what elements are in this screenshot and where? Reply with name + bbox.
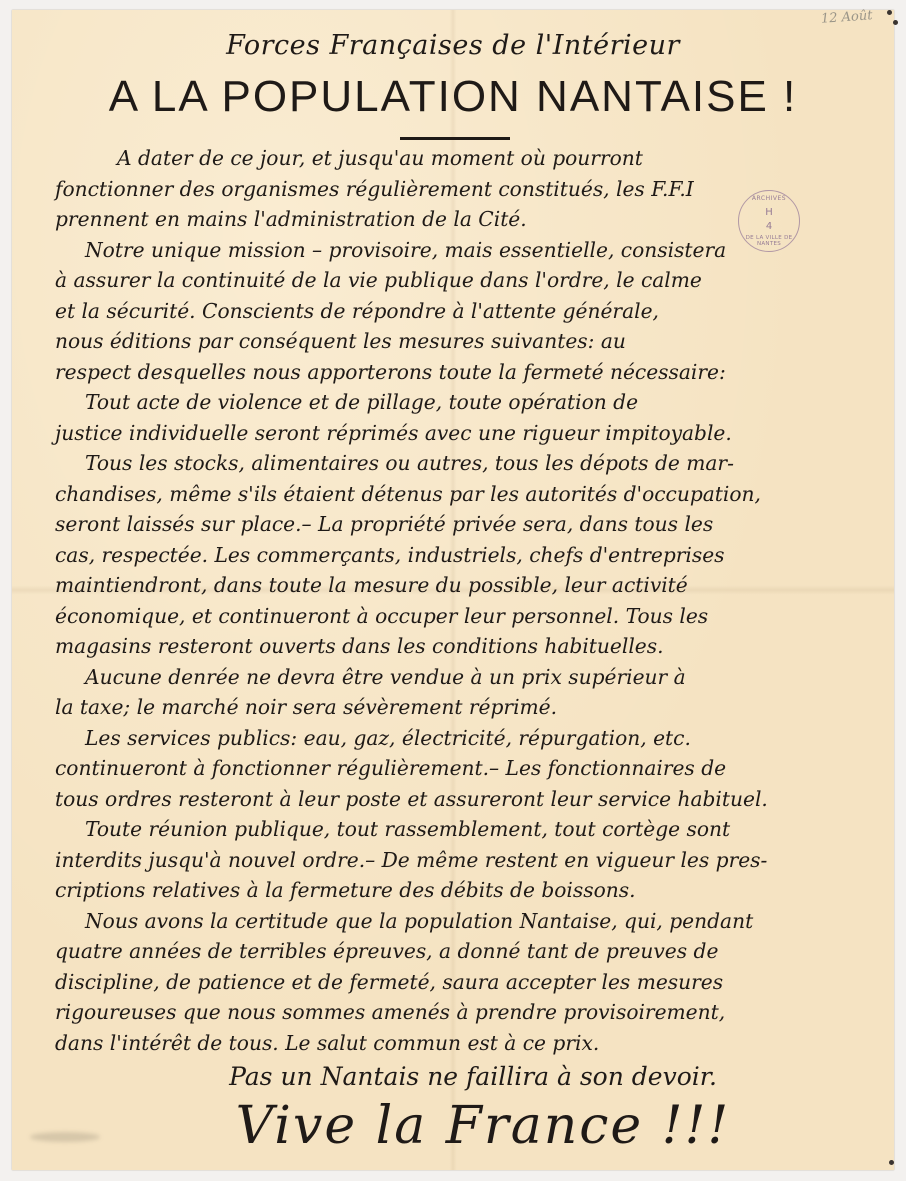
body-line: continueront à fonctionner régulièrement… [55,753,855,784]
body-line: la taxe; le marché noir sera sévèrement … [55,692,855,723]
pinhole-icon [893,20,898,25]
body-line: nous éditions par conséquent les mesures… [55,326,855,357]
body-line: à assurer la continuité de la vie publiq… [55,265,855,296]
body-line: justice individuelle seront réprimés ave… [55,418,855,449]
body-line: rigoureuses que nous sommes amenés à pre… [55,997,855,1028]
body-line: maintiendront, dans toute la mesure du p… [55,570,855,601]
closing-slogan: Vive la France !!! [0,1096,906,1156]
body-line: tous ordres resteront à leur poste et as… [55,784,855,815]
body-line: dans l'intérêt de tous. Le salut commun … [55,1028,855,1059]
body-line: Tout acte de violence et de pillage, tou… [55,387,855,418]
body-line: discipline, de patience et de fermeté, s… [55,967,855,998]
pinhole-icon [887,10,892,15]
body-line: Aucune denrée ne devra être vendue à un … [55,662,855,693]
body-line: Tous les stocks, alimentaires ou autres,… [55,448,855,479]
body-line: magasins resteront ouverts dans les cond… [55,631,855,662]
body-line: chandises, même s'ils étaient détenus pa… [55,479,855,510]
body-line: cas, respectée. Les commerçants, industr… [55,540,855,571]
closing-statement: Pas un Nantais ne faillira à son devoir. [0,1062,906,1091]
poster-title: A LA POPULATION NANTAISE ! [0,72,906,122]
body-line: respect desquelles nous apporterons tout… [55,357,855,388]
body-line: quatre années de terribles épreuves, a d… [55,936,855,967]
ink-smudge [30,1132,100,1142]
body-line: Les services publics: eau, gaz, électric… [55,723,855,754]
title-underline [400,137,510,140]
body-line: économique, et continueront à occuper le… [55,601,855,632]
proclamation-body: A dater de ce jour, et jusqu'au moment o… [55,143,855,1058]
body-line: fonctionner des organismes régulièrement… [55,174,855,205]
body-line: Nous avons la certitude que la populatio… [55,906,855,937]
body-line: Toute réunion publique, tout rassembleme… [55,814,855,845]
body-line: prennent en mains l'administration de la… [55,204,855,235]
body-line: criptions relatives à la fermeture des d… [55,875,855,906]
body-line: Notre unique mission – provisoire, mais … [55,235,855,266]
poster-subtitle: Forces Françaises de l'Intérieur [0,30,906,61]
body-line: et la sécurité. Conscients de répondre à… [55,296,855,327]
pinhole-icon [889,1160,894,1165]
body-line: A dater de ce jour, et jusqu'au moment o… [55,143,855,174]
body-line: interdits jusqu'à nouvel ordre.– De même… [55,845,855,876]
body-line: seront laissés sur place.– La propriété … [55,509,855,540]
